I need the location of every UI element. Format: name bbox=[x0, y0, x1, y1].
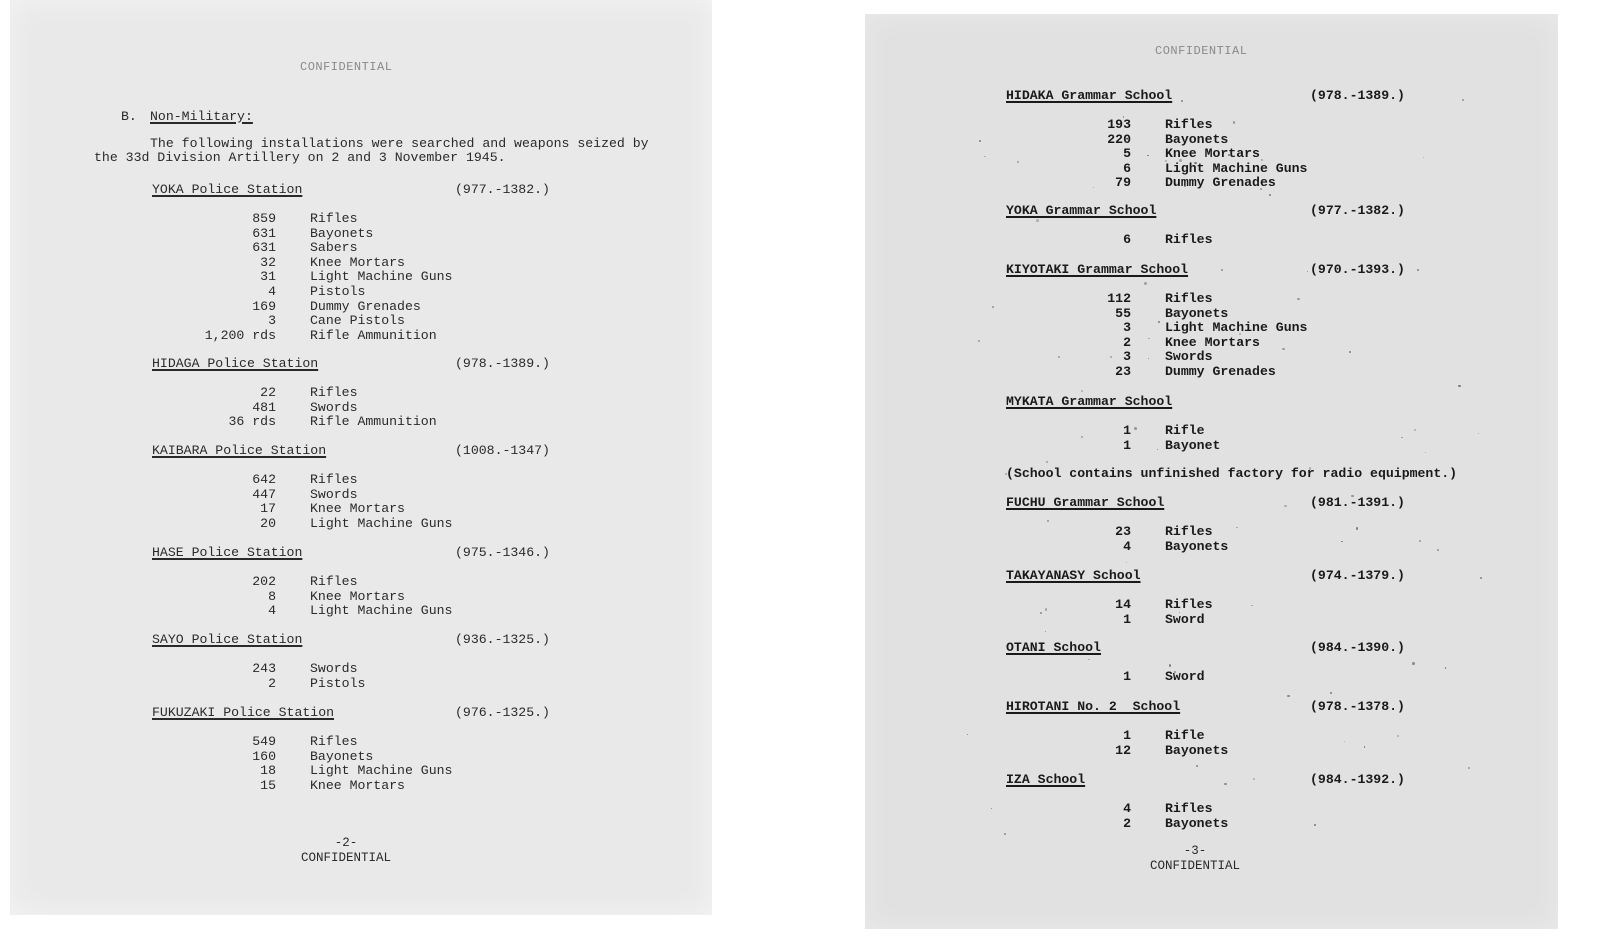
document-page-3: CONFIDENTIAL HIDAKA Grammar School(978.-… bbox=[865, 14, 1558, 929]
weapon-type: Light Machine Guns bbox=[310, 517, 452, 532]
weapon-quantity: 23 bbox=[931, 365, 1131, 380]
scan-noise-speck bbox=[1349, 351, 1351, 353]
weapon-quantity: 12 bbox=[931, 744, 1131, 759]
scan-noise-speck bbox=[1282, 348, 1285, 351]
installation-name: FUKUZAKI Police Station bbox=[152, 706, 334, 721]
scan-noise-speck bbox=[1437, 549, 1439, 551]
weapon-type: Rifles bbox=[310, 212, 357, 227]
scan-noise-speck bbox=[1047, 520, 1049, 522]
weapon-quantity: 3 bbox=[931, 321, 1131, 336]
weapon-quantity: 79 bbox=[931, 176, 1131, 191]
weapon-type: Knee Mortars bbox=[310, 502, 405, 517]
weapon-type: Swords bbox=[1165, 350, 1212, 365]
weapon-quantity: 631 bbox=[76, 241, 276, 256]
scan-noise-speck bbox=[1196, 765, 1198, 767]
weapon-quantity: 642 bbox=[76, 473, 276, 488]
weapon-type: Bayonets bbox=[310, 227, 373, 242]
installation-name: KIYOTAKI Grammar School bbox=[1006, 263, 1188, 278]
footer-confidential-mark: CONFIDENTIAL bbox=[1135, 859, 1255, 873]
scan-noise-speck bbox=[1419, 540, 1421, 542]
scan-noise-speck bbox=[1297, 298, 1299, 300]
scan-noise-speck bbox=[1158, 321, 1160, 323]
weapon-type: Rifles bbox=[310, 473, 357, 488]
scan-noise-speck bbox=[967, 734, 968, 735]
weapon-type: Rifle Ammunition bbox=[310, 415, 437, 430]
scan-noise-speck bbox=[1093, 187, 1094, 188]
weapon-type: Rifle Ammunition bbox=[310, 329, 437, 344]
weapon-type: Rifles bbox=[310, 386, 357, 401]
scan-noise-speck bbox=[1040, 612, 1042, 614]
grid-coordinates: (970.-1393.) bbox=[1310, 263, 1405, 278]
scan-noise-speck bbox=[1253, 778, 1255, 780]
page-number: -2- bbox=[306, 836, 386, 850]
grid-coordinates: (984.-1390.) bbox=[1310, 641, 1405, 656]
scan-noise-speck bbox=[1045, 631, 1046, 632]
scan-noise-speck bbox=[978, 340, 980, 342]
weapon-type: Swords bbox=[310, 662, 357, 677]
scan-noise-speck bbox=[1425, 452, 1426, 453]
weapon-quantity: 220 bbox=[931, 133, 1131, 148]
scan-noise-speck bbox=[1179, 159, 1182, 162]
scan-noise-speck bbox=[1480, 577, 1482, 579]
installation-name: MYKATA Grammar School bbox=[1006, 395, 1172, 410]
scan-noise-speck bbox=[1036, 219, 1039, 222]
grid-coordinates: (981.-1391.) bbox=[1310, 496, 1405, 511]
scan-noise-speck bbox=[1126, 562, 1127, 563]
weapon-type: Rifles bbox=[1165, 598, 1212, 613]
scan-noise-speck bbox=[1174, 671, 1176, 673]
grid-coordinates: (978.-1378.) bbox=[1310, 700, 1405, 715]
scan-noise-speck bbox=[1147, 155, 1149, 157]
weapon-quantity: 4 bbox=[931, 540, 1131, 555]
weapon-quantity: 17 bbox=[76, 502, 276, 517]
scan-noise-speck bbox=[1081, 436, 1082, 437]
weapon-quantity: 859 bbox=[76, 212, 276, 227]
scan-noise-speck bbox=[1269, 194, 1271, 196]
weapon-quantity: 5 bbox=[931, 147, 1131, 162]
section-label: B. bbox=[121, 110, 137, 125]
scan-noise-speck bbox=[1309, 467, 1311, 469]
weapon-type: Pistols bbox=[310, 677, 365, 692]
installation-name: IZA School bbox=[1006, 773, 1085, 788]
weapon-type: Knee Mortars bbox=[310, 256, 405, 271]
weapon-quantity: 1 bbox=[931, 729, 1131, 744]
scan-noise-speck bbox=[1417, 269, 1419, 271]
weapon-quantity: 6 bbox=[931, 233, 1131, 248]
weapon-quantity: 112 bbox=[931, 292, 1131, 307]
installation-name: FUCHU Grammar School bbox=[1006, 496, 1164, 511]
installation-name: KAIBARA Police Station bbox=[152, 444, 326, 459]
weapon-quantity: 631 bbox=[76, 227, 276, 242]
grid-coordinates: (976.-1325.) bbox=[455, 706, 550, 721]
scan-noise-speck bbox=[1397, 735, 1399, 737]
installation-name: YOKA Grammar School bbox=[1006, 204, 1156, 219]
scan-noise-speck bbox=[1401, 437, 1403, 439]
weapon-quantity: 202 bbox=[76, 575, 276, 590]
installation-name: OTANI School bbox=[1006, 641, 1101, 656]
scan-noise-speck bbox=[1010, 401, 1012, 403]
grid-coordinates: (978.-1389.) bbox=[455, 357, 550, 372]
weapon-quantity: 20 bbox=[76, 517, 276, 532]
scan-noise-speck bbox=[1423, 157, 1424, 158]
weapon-type: Sabers bbox=[310, 241, 357, 256]
scan-noise-speck bbox=[1046, 461, 1048, 463]
weapon-type: Bayonets bbox=[1165, 744, 1228, 759]
weapon-quantity: 4 bbox=[76, 285, 276, 300]
weapon-quantity: 31 bbox=[76, 270, 276, 285]
weapon-quantity: 15 bbox=[76, 779, 276, 794]
grid-coordinates: (984.-1392.) bbox=[1310, 773, 1405, 788]
weapon-type: Light Machine Guns bbox=[1165, 162, 1307, 177]
weapon-type: Light Machine Guns bbox=[310, 604, 452, 619]
weapon-type: Light Machine Guns bbox=[1165, 321, 1307, 336]
weapon-quantity: 18 bbox=[76, 764, 276, 779]
scan-noise-speck bbox=[1157, 449, 1158, 450]
scan-noise-speck bbox=[1445, 667, 1447, 669]
intro-line-2: the 33d Division Artillery on 2 and 3 No… bbox=[94, 151, 506, 166]
scan-noise-speck bbox=[1004, 833, 1006, 835]
weapon-quantity: 2 bbox=[76, 677, 276, 692]
scan-noise-speck bbox=[1330, 692, 1332, 694]
installation-name: YOKA Police Station bbox=[152, 183, 302, 198]
weapon-quantity: 55 bbox=[931, 307, 1131, 322]
scan-noise-speck bbox=[1221, 269, 1223, 271]
installation-name: HIDAGA Police Station bbox=[152, 357, 318, 372]
scan-noise-speck bbox=[1148, 358, 1149, 359]
scan-noise-speck bbox=[1284, 505, 1287, 508]
scan-noise-speck bbox=[1181, 100, 1183, 102]
weapon-quantity: 4 bbox=[76, 604, 276, 619]
installation-name: HASE Police Station bbox=[152, 546, 302, 561]
weapon-quantity: 169 bbox=[76, 300, 276, 315]
weapon-type: Rifles bbox=[310, 735, 357, 750]
weapon-type: Swords bbox=[310, 488, 357, 503]
scan-noise-speck bbox=[1364, 746, 1366, 748]
scan-noise-speck bbox=[1224, 783, 1226, 785]
scan-noise-speck bbox=[1307, 271, 1308, 272]
scan-noise-speck bbox=[1251, 605, 1253, 607]
scan-noise-speck bbox=[1239, 333, 1240, 334]
scan-noise-speck bbox=[979, 140, 981, 142]
weapon-type: Dummy Grenades bbox=[310, 300, 421, 315]
weapon-quantity: 22 bbox=[76, 386, 276, 401]
grid-coordinates: (977.-1382.) bbox=[455, 183, 550, 198]
scan-noise-speck bbox=[1462, 99, 1464, 101]
weapon-quantity: 6 bbox=[931, 162, 1131, 177]
weapon-quantity: 193 bbox=[931, 118, 1131, 133]
weapon-type: Bayonets bbox=[1165, 133, 1228, 148]
weapon-type: Bayonets bbox=[1165, 817, 1228, 832]
scan-noise-speck bbox=[1344, 741, 1345, 742]
scan-noise-speck bbox=[1233, 121, 1236, 124]
weapon-type: Rifle bbox=[1165, 729, 1205, 744]
scan-noise-speck bbox=[1088, 659, 1090, 661]
scan-noise-speck bbox=[1414, 429, 1416, 431]
scan-noise-speck bbox=[1236, 527, 1237, 528]
weapon-type: Rifle bbox=[1165, 424, 1205, 439]
weapon-quantity: 2 bbox=[931, 817, 1131, 832]
installation-name: HIROTANI No. 2 School bbox=[1006, 700, 1180, 715]
document-page-2: CONFIDENTIAL B. Non-Military: The follow… bbox=[10, 0, 712, 915]
weapon-type: Rifles bbox=[310, 575, 357, 590]
weapon-quantity: 3 bbox=[931, 350, 1131, 365]
scan-noise-speck bbox=[1412, 662, 1415, 665]
weapon-type: Swords bbox=[310, 401, 357, 416]
weapon-quantity: 160 bbox=[76, 750, 276, 765]
scan-noise-speck bbox=[1169, 664, 1171, 666]
weapon-quantity: 8 bbox=[76, 590, 276, 605]
scan-noise-speck bbox=[1287, 695, 1290, 698]
grid-coordinates: (1008.-1347) bbox=[455, 444, 550, 459]
installation-name: TAKAYANASY School bbox=[1006, 569, 1141, 584]
weapon-type: Bayonets bbox=[310, 750, 373, 765]
grid-coordinates: (975.-1346.) bbox=[455, 546, 550, 561]
installation-name: SAYO Police Station bbox=[152, 633, 302, 648]
installation-name: HIDAKA Grammar School bbox=[1006, 89, 1172, 104]
weapon-type: Light Machine Guns bbox=[310, 270, 452, 285]
weapon-quantity: 32 bbox=[76, 256, 276, 271]
weapon-type: Rifles bbox=[1165, 118, 1212, 133]
weapon-quantity: 2 bbox=[931, 336, 1131, 351]
section-title: Non-Military: bbox=[150, 110, 253, 125]
weapon-quantity: 3 bbox=[76, 314, 276, 329]
weapon-type: Cane Pistols bbox=[310, 314, 405, 329]
weapon-quantity: 1 bbox=[931, 424, 1131, 439]
weapon-type: Dummy Grenades bbox=[1165, 365, 1276, 380]
scan-noise-speck bbox=[1341, 541, 1342, 542]
scan-noise-speck bbox=[1134, 427, 1137, 430]
scan-noise-speck bbox=[1468, 767, 1470, 769]
weapon-type: Knee Mortars bbox=[310, 590, 405, 605]
weapon-type: Rifles bbox=[1165, 292, 1212, 307]
weapon-type: Knee Mortars bbox=[310, 779, 405, 794]
scan-noise-speck bbox=[1137, 211, 1139, 213]
weapon-quantity: 1 bbox=[931, 613, 1131, 628]
grid-coordinates: (978.-1389.) bbox=[1310, 89, 1405, 104]
weapon-quantity: 4 bbox=[931, 802, 1131, 817]
weapon-type: Rifles bbox=[1165, 525, 1212, 540]
weapon-type: Bayonets bbox=[1165, 307, 1228, 322]
installation-note: (School contains unfinished factory for … bbox=[1006, 467, 1457, 482]
scan-noise-speck bbox=[1356, 527, 1359, 530]
scan-noise-speck bbox=[1478, 433, 1479, 434]
header-confidential-mark: CONFIDENTIAL bbox=[300, 60, 392, 74]
scan-noise-speck bbox=[1458, 385, 1461, 388]
weapon-type: Rifles bbox=[1165, 233, 1212, 248]
scan-noise-speck bbox=[1194, 162, 1196, 164]
weapon-quantity: 14 bbox=[931, 598, 1131, 613]
weapon-quantity: 1 bbox=[931, 670, 1131, 685]
weapon-type: Light Machine Guns bbox=[310, 764, 452, 779]
footer-confidential-mark: CONFIDENTIAL bbox=[286, 851, 406, 865]
weapon-type: Rifles bbox=[1165, 802, 1212, 817]
weapon-quantity: 23 bbox=[931, 525, 1131, 540]
scan-noise-speck bbox=[1228, 154, 1230, 156]
header-confidential-mark: CONFIDENTIAL bbox=[1155, 44, 1247, 58]
scan-noise-speck bbox=[1144, 282, 1147, 285]
weapon-quantity: 1 bbox=[931, 439, 1131, 454]
scan-noise-speck bbox=[1170, 615, 1171, 616]
weapon-quantity: 243 bbox=[76, 662, 276, 677]
scan-noise-speck bbox=[1314, 824, 1316, 826]
page-number: -3- bbox=[1155, 844, 1235, 858]
grid-coordinates: (974.-1379.) bbox=[1310, 569, 1405, 584]
scan-noise-speck bbox=[1148, 338, 1150, 340]
weapon-type: Bayonets bbox=[1165, 540, 1228, 555]
scan-noise-speck bbox=[1257, 182, 1259, 184]
weapon-quantity: 447 bbox=[76, 488, 276, 503]
grid-coordinates: (936.-1325.) bbox=[455, 633, 550, 648]
weapon-type: Sword bbox=[1165, 670, 1205, 685]
weapon-quantity: 549 bbox=[76, 735, 276, 750]
weapon-quantity: 36 rds bbox=[76, 415, 276, 430]
weapon-quantity: 1,200 rds bbox=[76, 329, 276, 344]
weapon-type: Bayonet bbox=[1165, 439, 1220, 454]
weapon-quantity: 481 bbox=[76, 401, 276, 416]
weapon-type: Pistols bbox=[310, 285, 365, 300]
grid-coordinates: (977.-1382.) bbox=[1310, 204, 1405, 219]
weapon-type: Knee Mortars bbox=[1165, 336, 1260, 351]
scan-noise-speck bbox=[1081, 390, 1083, 392]
